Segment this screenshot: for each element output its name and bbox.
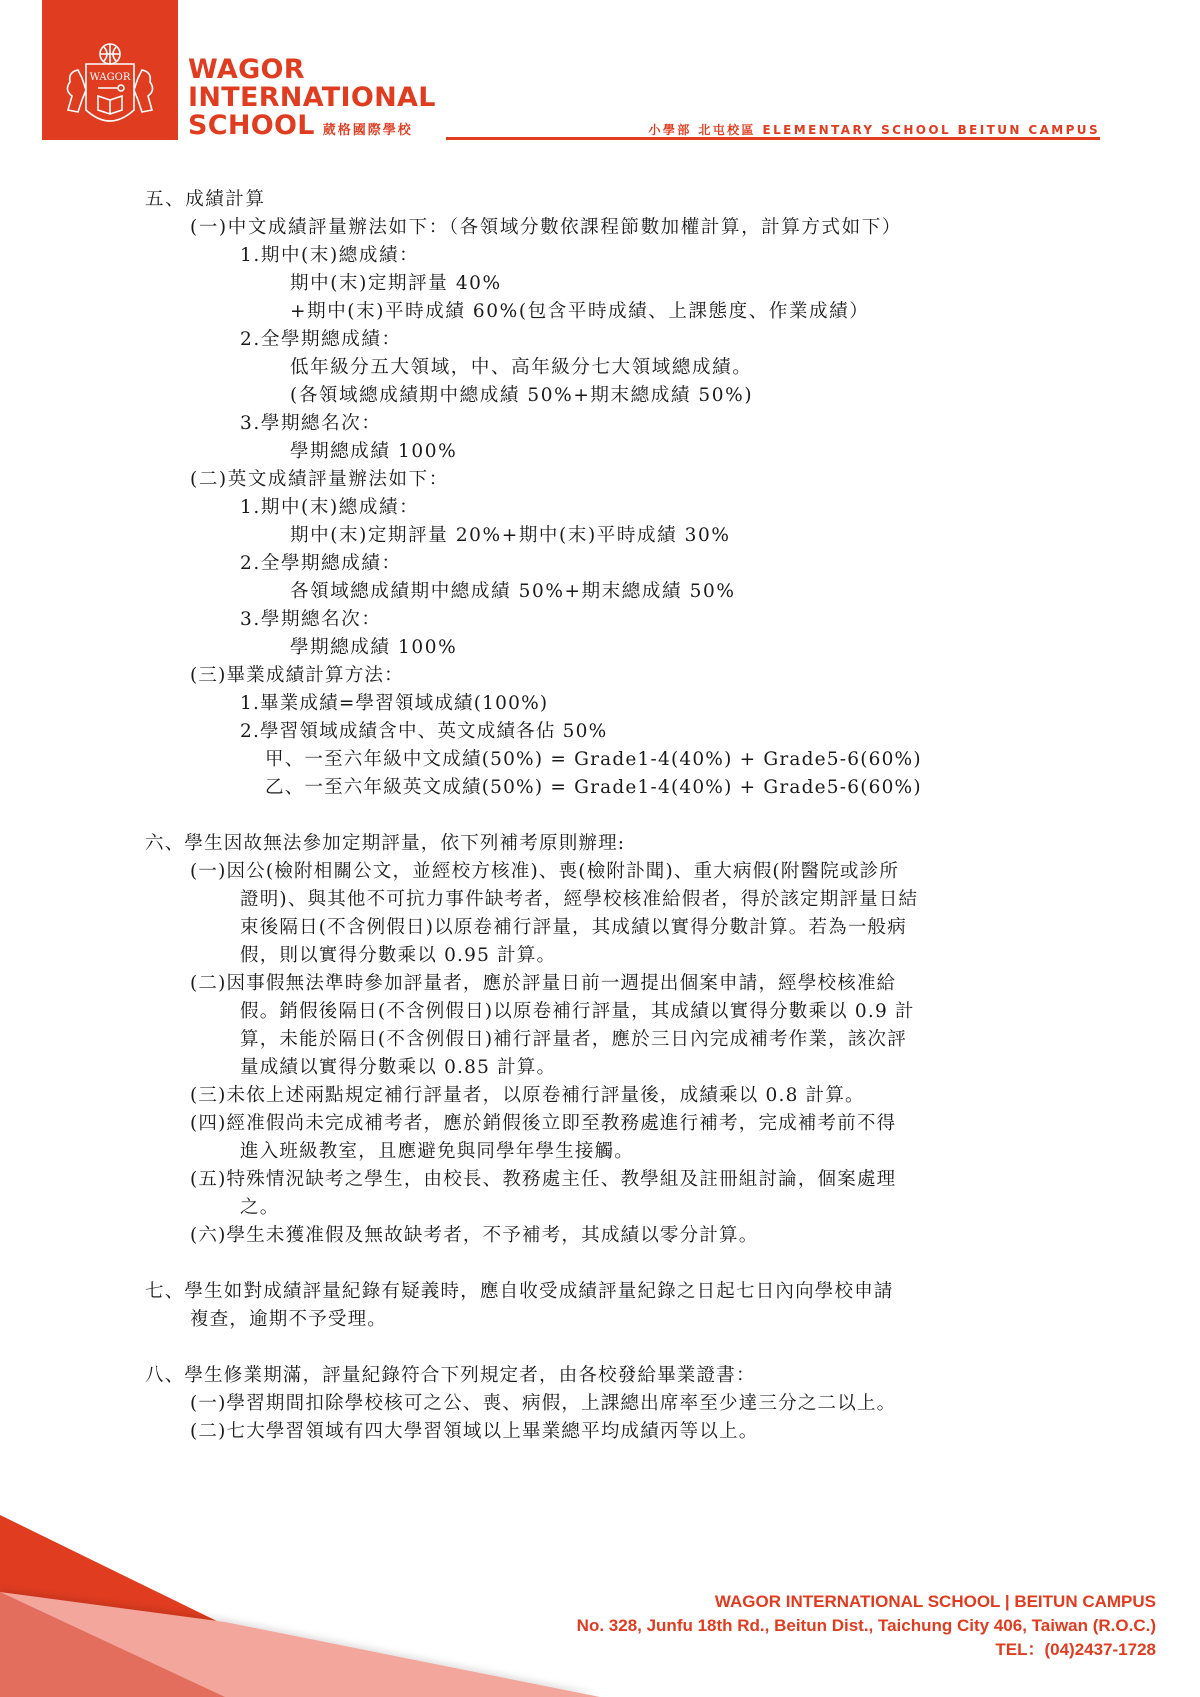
s6-p2-line2: 假。銷假後隔日(不含例假日)以原卷補行評量，其成績以實得分數乘以 0.9 計	[145, 998, 1095, 1026]
section-8-heading: 八、學生修業期滿，評量紀錄符合下列規定者，由各校發給畢業證書：	[145, 1362, 1095, 1390]
s6-p3-line1: (三)未依上述兩點規定補行評量者，以原卷補行評量後，成績乘以 0.8 計算。	[145, 1082, 1095, 1110]
s5-chinese-title: (一)中文成績評量辦法如下：（各領域分數依課程節數加權計算，計算方式如下）	[145, 214, 1095, 242]
footer-school-name: WAGOR INTERNATIONAL SCHOOL | BEITUN CAMP…	[577, 1590, 1156, 1614]
crest-icon: WAGOR	[42, 0, 178, 140]
footer-address: No. 328, Junfu 18th Rd., Beitun Dist., T…	[577, 1614, 1156, 1638]
header-divider	[446, 137, 1100, 140]
s6-p4-line2: 進入班級教室，且應避免與同學年學生接觸。	[145, 1138, 1095, 1166]
s6-p2-line1: (二)因事假無法準時參加評量者，應於評量日前一週提出個案申請，經學校核准給	[145, 970, 1095, 998]
s5-english-item2: 2.全學期總成績：	[145, 550, 1095, 578]
s5-graduation-item1: 1.畢業成績=學習領域成績(100%)	[145, 690, 1095, 718]
s5-chinese-item1b: +期中(末)平時成績 60%(包含平時成績、上課態度、作業成績）	[145, 298, 1095, 326]
s5-chinese-item1: 1.期中(末)總成績：	[145, 242, 1095, 270]
s6-p2-line4: 量成績以實得分數乘以 0.85 計算。	[145, 1054, 1095, 1082]
s5-english-item3a: 學期總成績 100%	[145, 634, 1095, 662]
s6-p1-line1: (一)因公(檢附相關公文，並經校方核准)、喪(檢附訃聞)、重大病假(附醫院或診所	[145, 858, 1095, 886]
svg-text:WAGOR: WAGOR	[90, 72, 131, 83]
section-6-heading: 六、學生因故無法參加定期評量，依下列補考原則辦理:	[145, 830, 1095, 858]
footer-phone: TEL：(04)2437-1728	[577, 1638, 1156, 1662]
s5-english-item2a: 各領域總成績期中總成績 50%+期末總成績 50%	[145, 578, 1095, 606]
s6-p1-line3: 束後隔日(不含例假日)以原卷補行評量，其成績以實得分數計算。若為一般病	[145, 914, 1095, 942]
wordmark-line-3: SCHOOL	[188, 112, 315, 140]
s5-graduation-item2a: 甲、一至六年級中文成績(50%) = Grade1-4(40%) + Grade…	[145, 746, 1095, 774]
s5-chinese-item3a: 學期總成績 100%	[145, 438, 1095, 466]
s6-p5-line2: 之。	[145, 1194, 1095, 1222]
campus-subtitle: 小學部 北屯校區 ELEMENTARY SCHOOL BEITUN CAMPUS	[649, 121, 1100, 138]
s5-chinese-item2a: 低年級分五大領域，中、高年級分七大領域總成績。	[145, 354, 1095, 382]
s8-criterion-1: (一)學習期間扣除學校核可之公、喪、病假，上課總出席率至少達三分之二以上。	[145, 1390, 1095, 1418]
s5-english-item1a: 期中(末)定期評量 20%+期中(末)平時成績 30%	[145, 522, 1095, 550]
footer-contact: WAGOR INTERNATIONAL SCHOOL | BEITUN CAMP…	[577, 1590, 1156, 1662]
s6-p1-line4: 假，則以實得分數乘以 0.95 計算。	[145, 942, 1095, 970]
school-crest-logo: WAGOR	[42, 0, 178, 140]
s6-p4-line1: (四)經准假尚未完成補考者，應於銷假後立即至教務處進行補考，完成補考前不得	[145, 1110, 1095, 1138]
s8-criterion-2: (二)七大學習領域有四大學習領域以上畢業總平均成績丙等以上。	[145, 1418, 1095, 1446]
s5-english-item3: 3.學期總名次：	[145, 606, 1095, 634]
document-body: 五、成績計算 (一)中文成績評量辦法如下：（各領域分數依課程節數加權計算，計算方…	[145, 186, 1095, 1446]
section-7-line1: 七、學生如對成績評量紀錄有疑義時，應自收受成績評量紀錄之日起七日內向學校申請	[145, 1278, 1095, 1306]
section-7-line2: 複查，逾期不予受理。	[145, 1306, 1095, 1334]
s5-graduation-title: (三)畢業成績計算方法：	[145, 662, 1095, 690]
s6-p1-line2: 證明)、與其他不可抗力事件缺考者，經學校核准給假者，得於該定期評量日結	[145, 886, 1095, 914]
s5-graduation-item2: 2.學習領域成績含中、英文成績各佔 50%	[145, 718, 1095, 746]
s5-chinese-item2: 2.全學期總成績：	[145, 326, 1095, 354]
section-5-heading: 五、成績計算	[145, 186, 1095, 214]
s5-chinese-item1a: 期中(末)定期評量 40%	[145, 270, 1095, 298]
s6-p6-line1: (六)學生未獲准假及無故缺考者，不予補考，其成績以零分計算。	[145, 1222, 1095, 1250]
s5-english-title: (二)英文成績評量辦法如下：	[145, 466, 1095, 494]
s5-english-item1: 1.期中(末)總成績：	[145, 494, 1095, 522]
wordmark-line-1: WAGOR	[188, 56, 436, 84]
s5-chinese-item2b: (各領域總成績期中總成績 50%+期末總成績 50%)	[145, 382, 1095, 410]
s6-p5-line1: (五)特殊情況缺考之學生，由校長、教務處主任、教學組及註冊組討論，個案處理	[145, 1166, 1095, 1194]
school-wordmark: WAGOR INTERNATIONAL SCHOOL 葳格國際學校	[188, 56, 436, 145]
wordmark-line-2: INTERNATIONAL	[188, 84, 436, 112]
s6-p2-line3: 算，未能於隔日(不含例假日)補行評量者，應於三日內完成補考作業，該次評	[145, 1026, 1095, 1054]
s5-graduation-item2b: 乙、一至六年級英文成績(50%) = Grade1-4(40%) + Grade…	[145, 774, 1095, 802]
s5-chinese-item3: 3.學期總名次：	[145, 410, 1095, 438]
wordmark-chinese: 葳格國際學校	[323, 117, 413, 145]
